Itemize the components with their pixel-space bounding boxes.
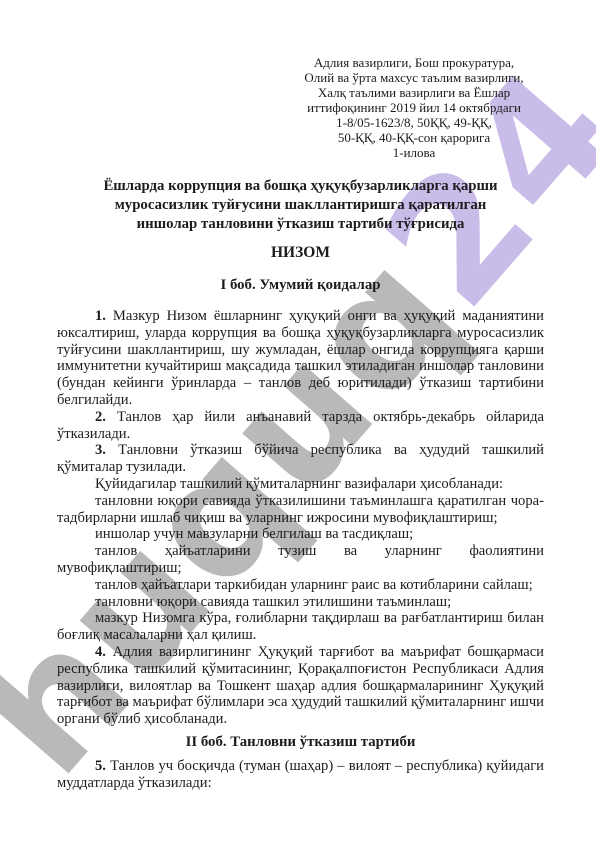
paragraph-number: 4.: [95, 644, 113, 660]
annex-line: Халқ таълими вазирлиги ва Ёшлар: [286, 85, 542, 100]
paragraph-number: 2.: [95, 409, 117, 425]
paragraph: 4.Адлия вазирлигининг Ҳуқуқий тарғибот в…: [57, 644, 544, 728]
paragraph: 2.Танлов ҳар йили анъанавий тарзда октяб…: [57, 409, 544, 443]
document-title: Ёшларда коррупция ва бошқа ҳуқуқбузарлик…: [57, 177, 544, 234]
annex-line: Олий ва ўрта махсус таълим вазирлиги,: [286, 70, 542, 85]
title-line: Ёшларда коррупция ва бошқа ҳуқуқбузарлик…: [57, 177, 544, 196]
paragraph-text: танлов ҳайъатларини тузиш ва уларнинг фа…: [57, 543, 544, 576]
paragraph: 5.Танлов уч босқичда (туман (шаҳар) – ви…: [57, 758, 544, 792]
chapter-1-body: 1.Мазкур Низом ёшларнинг ҳуқуқий онги ва…: [57, 308, 544, 728]
document-page: huquq24 Адлия вазирлиги, Бош прокуратура…: [0, 0, 596, 842]
paragraph-text: Адлия вазирлигининг Ҳуқуқий тарғибот ва …: [57, 644, 544, 727]
document-content: Адлия вазирлиги, Бош прокуратура, Олий в…: [0, 0, 596, 842]
paragraph-number: 5.: [95, 758, 110, 774]
annex-reference-block: Адлия вазирлиги, Бош прокуратура, Олий в…: [286, 55, 542, 160]
paragraph-text: Танловни ўтказиш бўйича республика ва ҳу…: [57, 442, 544, 475]
paragraph-number: 3.: [95, 442, 118, 458]
paragraph: иншолар учун мавзуларни белгилаш ва тасд…: [57, 526, 544, 543]
paragraph: 1.Мазкур Низом ёшларнинг ҳуқуқий онги ва…: [57, 308, 544, 409]
paragraph-text: Танлов ҳар йили анъанавий тарзда октябрь…: [57, 409, 544, 442]
paragraph-number: 1.: [95, 308, 113, 324]
paragraph-text: иншолар учун мавзуларни белгилаш ва тасд…: [95, 526, 413, 542]
chapter-2-body: 5.Танлов уч босқичда (туман (шаҳар) – ви…: [57, 758, 544, 792]
paragraph: Қуйидагилар ташкилий қўмиталарнинг вазиф…: [57, 476, 544, 493]
paragraph: танлов ҳайъатларини тузиш ва уларнинг фа…: [57, 543, 544, 577]
title-line: муросасизлик туйғусини шакллантиришга қа…: [57, 196, 544, 215]
annex-line: Адлия вазирлиги, Бош прокуратура,: [286, 55, 542, 70]
paragraph-text: Қуйидагилар ташкилий қўмиталарнинг вазиф…: [95, 476, 503, 492]
title-line: иншолар танловини ўтказиш тартиби тўғрис…: [57, 215, 544, 234]
paragraph: танловни юқори савияда ташкил этилишини …: [57, 594, 544, 611]
annex-line: 50-ҚҚ, 40-ҚҚ-сон қарорига: [286, 130, 542, 145]
annex-line: 1-8/05-1623/8, 50ҚҚ, 49-ҚҚ,: [286, 115, 542, 130]
paragraph: 3.Танловни ўтказиш бўйича республика ва …: [57, 442, 544, 476]
paragraph-text: мазкур Низомга кўра, ғолибларни тақдирла…: [57, 610, 544, 643]
chapter-2-heading: II боб. Танловни ўтказиш тартиби: [57, 733, 544, 751]
document-type-label: НИЗОМ: [57, 243, 544, 262]
annex-line: иттифоқининг 2019 йил 14 октябрдаги: [286, 100, 542, 115]
paragraph-text: Мазкур Низом ёшларнинг ҳуқуқий онги ва ҳ…: [57, 308, 544, 408]
paragraph: танлов ҳайъатлари таркибидан уларнинг ра…: [57, 577, 544, 594]
annex-line: 1-илова: [286, 145, 542, 160]
chapter-1-heading: I боб. Умумий қоидалар: [57, 276, 544, 294]
paragraph: мазкур Низомга кўра, ғолибларни тақдирла…: [57, 610, 544, 644]
paragraph-text: танловни юқори савияда ташкил этилишини …: [95, 594, 451, 610]
paragraph-text: танловни юқори савияда ўтказилишини таъм…: [57, 493, 544, 526]
paragraph: танловни юқори савияда ўтказилишини таъм…: [57, 493, 544, 527]
paragraph-text: Танлов уч босқичда (туман (шаҳар) – вило…: [57, 758, 544, 791]
paragraph-text: танлов ҳайъатлари таркибидан уларнинг ра…: [95, 577, 533, 593]
